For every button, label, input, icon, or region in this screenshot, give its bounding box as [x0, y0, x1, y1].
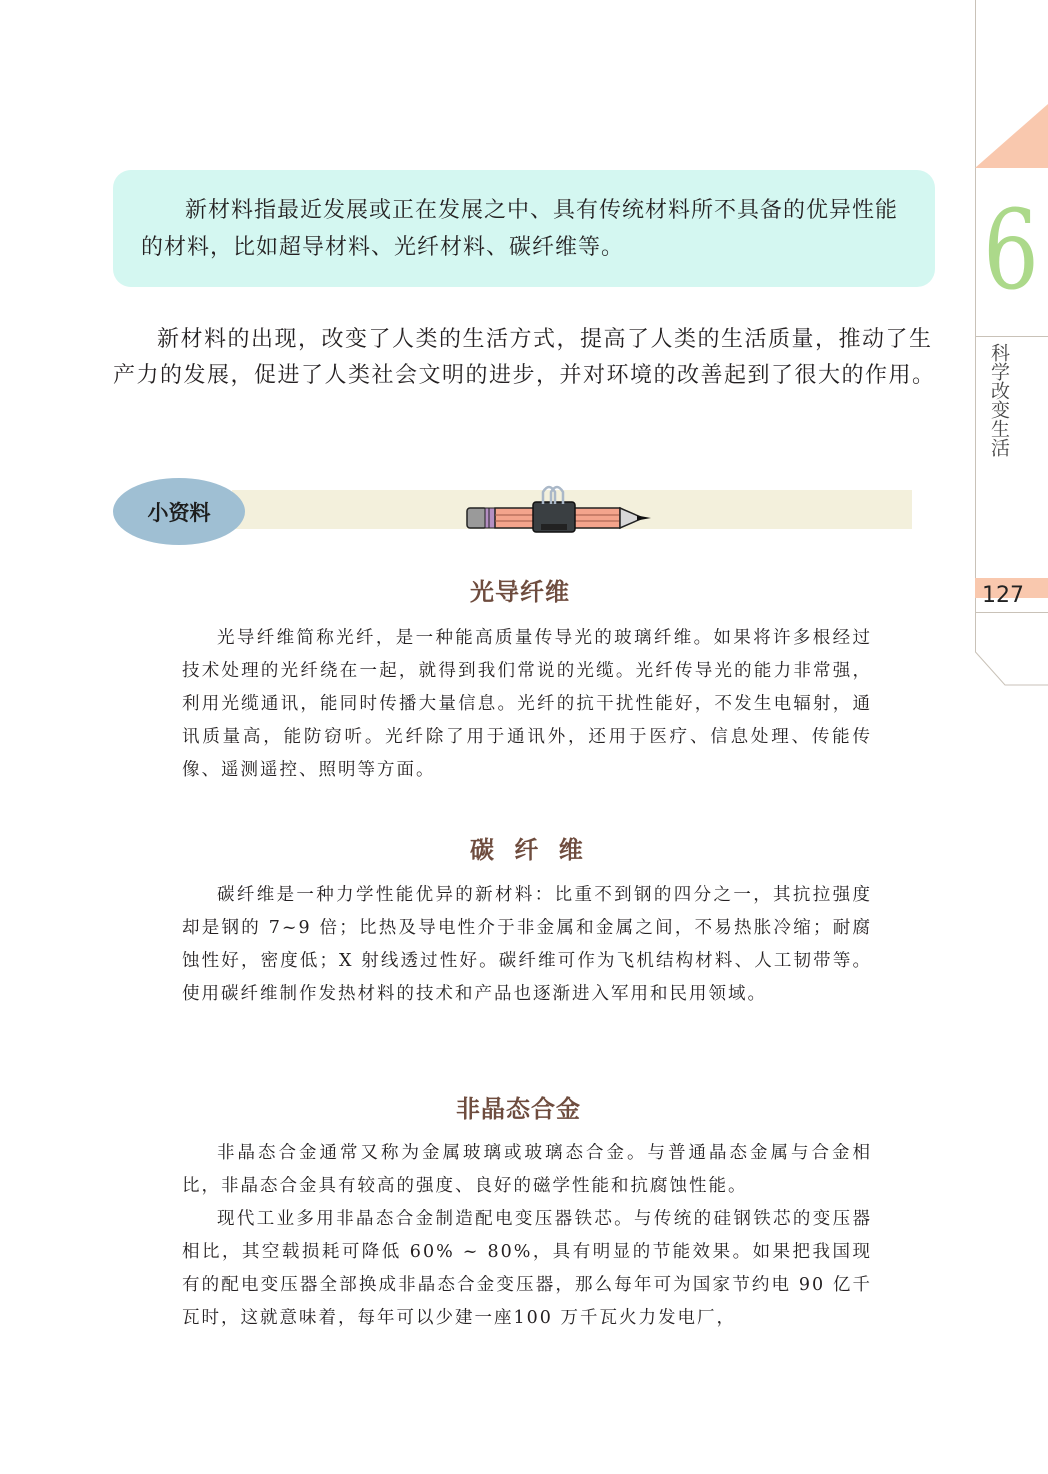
definition-box: 新材料指最近发展或正在发展之中、具有传统材料所不具备的优异性能的材料，比如超导材…	[113, 170, 935, 287]
side-tab-triangle	[975, 104, 1048, 168]
section-paragraph: 碳纤维是一种力学性能优异的新材料：比重不到钢的四分之一，其抗拉强度却是钢的 7~…	[182, 879, 872, 1011]
section-title-amorphous-alloy: 非晶态合金	[456, 1089, 581, 1124]
info-badge-label: 小资料	[148, 497, 211, 527]
section-paragraph: 光导纤维简称光纤，是一种能高质量传导光的玻璃纤维。如果将许多根经过技术处理的光纤…	[182, 622, 872, 787]
chapter-title: 科学改变生活	[985, 343, 1009, 457]
section-title-carbon-fiber: 碳 纤 维	[470, 830, 589, 865]
divider	[975, 336, 1048, 337]
section-paragraph: 现代工业多用非晶态合金制造配电变压器铁芯。与传统的硅钢铁芯的变压器相比，其空载损…	[182, 1203, 872, 1335]
chapter-number: 6	[983, 185, 1039, 315]
main-paragraph: 新材料的出现，改变了人类的生活方式，提高了人类的生活质量，推动了生产力的发展，促…	[113, 322, 941, 394]
section-paragraph: 非晶态合金通常又称为金属玻璃或玻璃态合金。与普通晶态金属与合金相比，非晶态合金具…	[182, 1137, 872, 1203]
info-badge: 小资料	[113, 478, 245, 545]
side-tab-border	[975, 0, 976, 650]
pencil-with-binder-clip-icon	[465, 484, 655, 534]
side-tab-corner	[975, 640, 1048, 690]
page-number: 127	[982, 583, 1024, 609]
divider	[975, 612, 1048, 613]
section-title-optical-fiber: 光导纤维	[470, 572, 570, 607]
definition-text: 新材料指最近发展或正在发展之中、具有传统材料所不具备的优异性能的材料，比如超导材…	[141, 192, 907, 266]
